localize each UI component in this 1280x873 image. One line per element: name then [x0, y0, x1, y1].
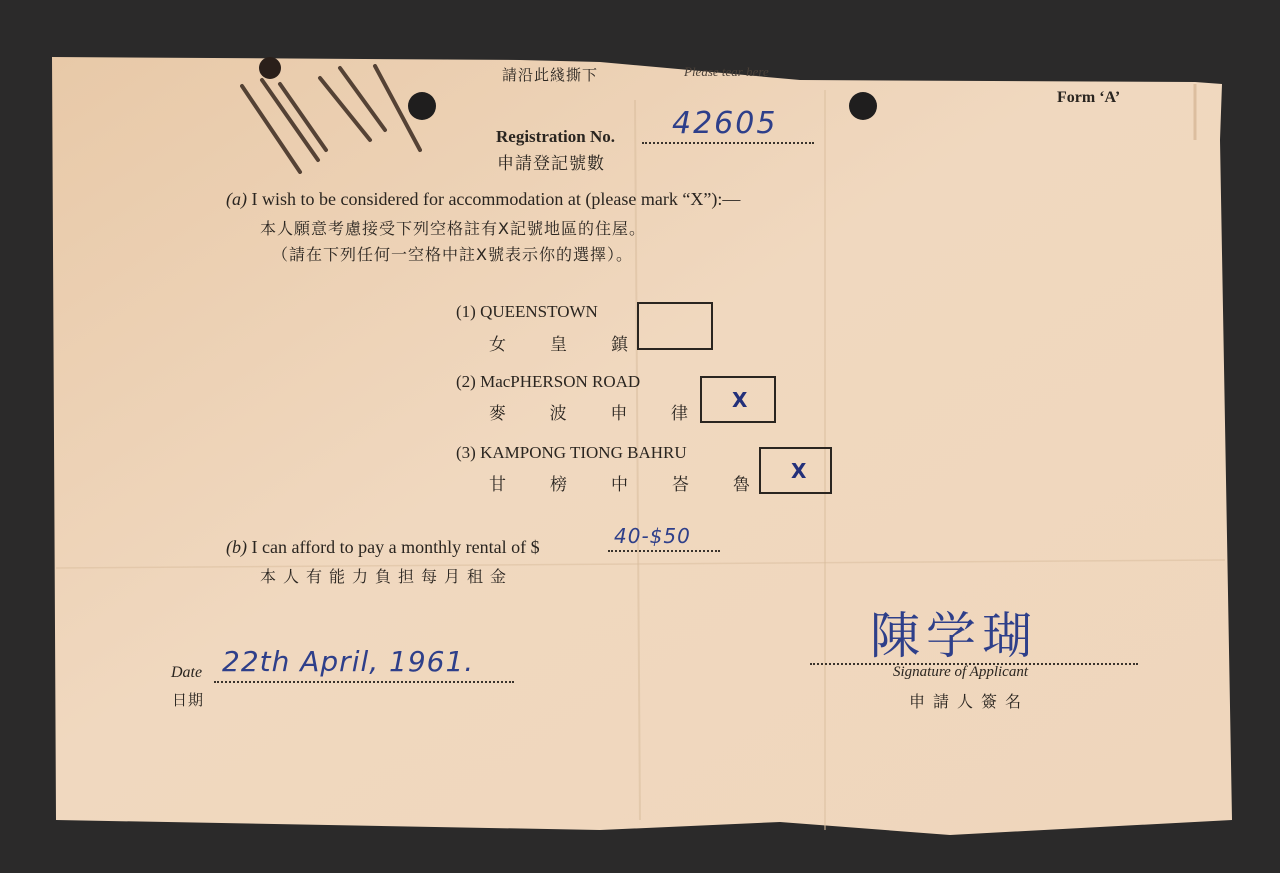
option-macpherson-label: (2) MacPHERSON ROAD [456, 372, 640, 392]
registration-dotline [642, 142, 814, 144]
signature-label: Signature of Applicant [893, 664, 1028, 681]
option-queenstown-label: (1) QUEENSTOWN [456, 302, 598, 322]
form-label: Form ‘A’ [1057, 89, 1120, 107]
tear-line-en: Please tear here [684, 64, 769, 80]
punch-hole-right [849, 92, 877, 120]
date-label-cn: 日期 [172, 689, 204, 710]
date-dotline [214, 681, 514, 683]
checkbox-queenstown[interactable] [637, 302, 713, 350]
option-kampong-tiong-bahru-cn: 甘 榜 中 峇 魯 [489, 470, 751, 495]
paper-sheet [0, 0, 1280, 873]
section-a-text-en: I wish to be considered for accommodatio… [252, 189, 741, 209]
option-kampong-tiong-bahru-label: (3) KAMPONG TIONG BAHRU [456, 443, 687, 463]
section-a-prefix: (a) [226, 189, 247, 209]
rental-dotline [608, 550, 720, 552]
date-label: Date [171, 664, 202, 682]
tear-line-cn: 請沿此綫撕下 [502, 64, 598, 85]
option-macpherson-cn: 麥 波 申 律 [489, 399, 689, 424]
section-b-prefix: (b) [226, 537, 247, 557]
section-a-text-cn-2: （請在下列任何一空格中註X號表示你的選擇）。 [272, 242, 633, 265]
registration-label: Registration No. [496, 127, 615, 147]
section-b-text: (b) I can afford to pay a monthly rental… [226, 537, 540, 558]
date-value[interactable]: 22th April, 1961. [222, 645, 474, 678]
punch-hole-left [408, 92, 436, 120]
section-b-text-en: I can afford to pay a monthly rental of … [252, 537, 540, 557]
rental-value[interactable]: 40-$50 [614, 524, 691, 548]
option-queenstown-cn: 女 皇 鎮 [489, 330, 629, 355]
section-a-text: (a) I wish to be considered for accommod… [226, 189, 740, 210]
signature-value[interactable]: 陳学瑚 [870, 596, 1038, 668]
form-document: 請沿此綫撕下 Please tear here Form ‘A’ Registr… [0, 0, 1280, 873]
section-a-text-cn-1: 本人願意考慮接受下列空格註有X記號地區的住屋。 [260, 216, 646, 239]
registration-value[interactable]: 42605 [672, 106, 777, 141]
section-b-text-cn: 本人有能力負担每月租金 [260, 564, 513, 587]
checkbox-kampong-tiong-bahru[interactable]: X [759, 447, 832, 494]
checkbox-macpherson-road[interactable]: X [700, 376, 776, 423]
registration-label-cn: 申請登記號數 [497, 149, 605, 174]
signature-label-cn: 申請人簽名 [909, 689, 1029, 712]
